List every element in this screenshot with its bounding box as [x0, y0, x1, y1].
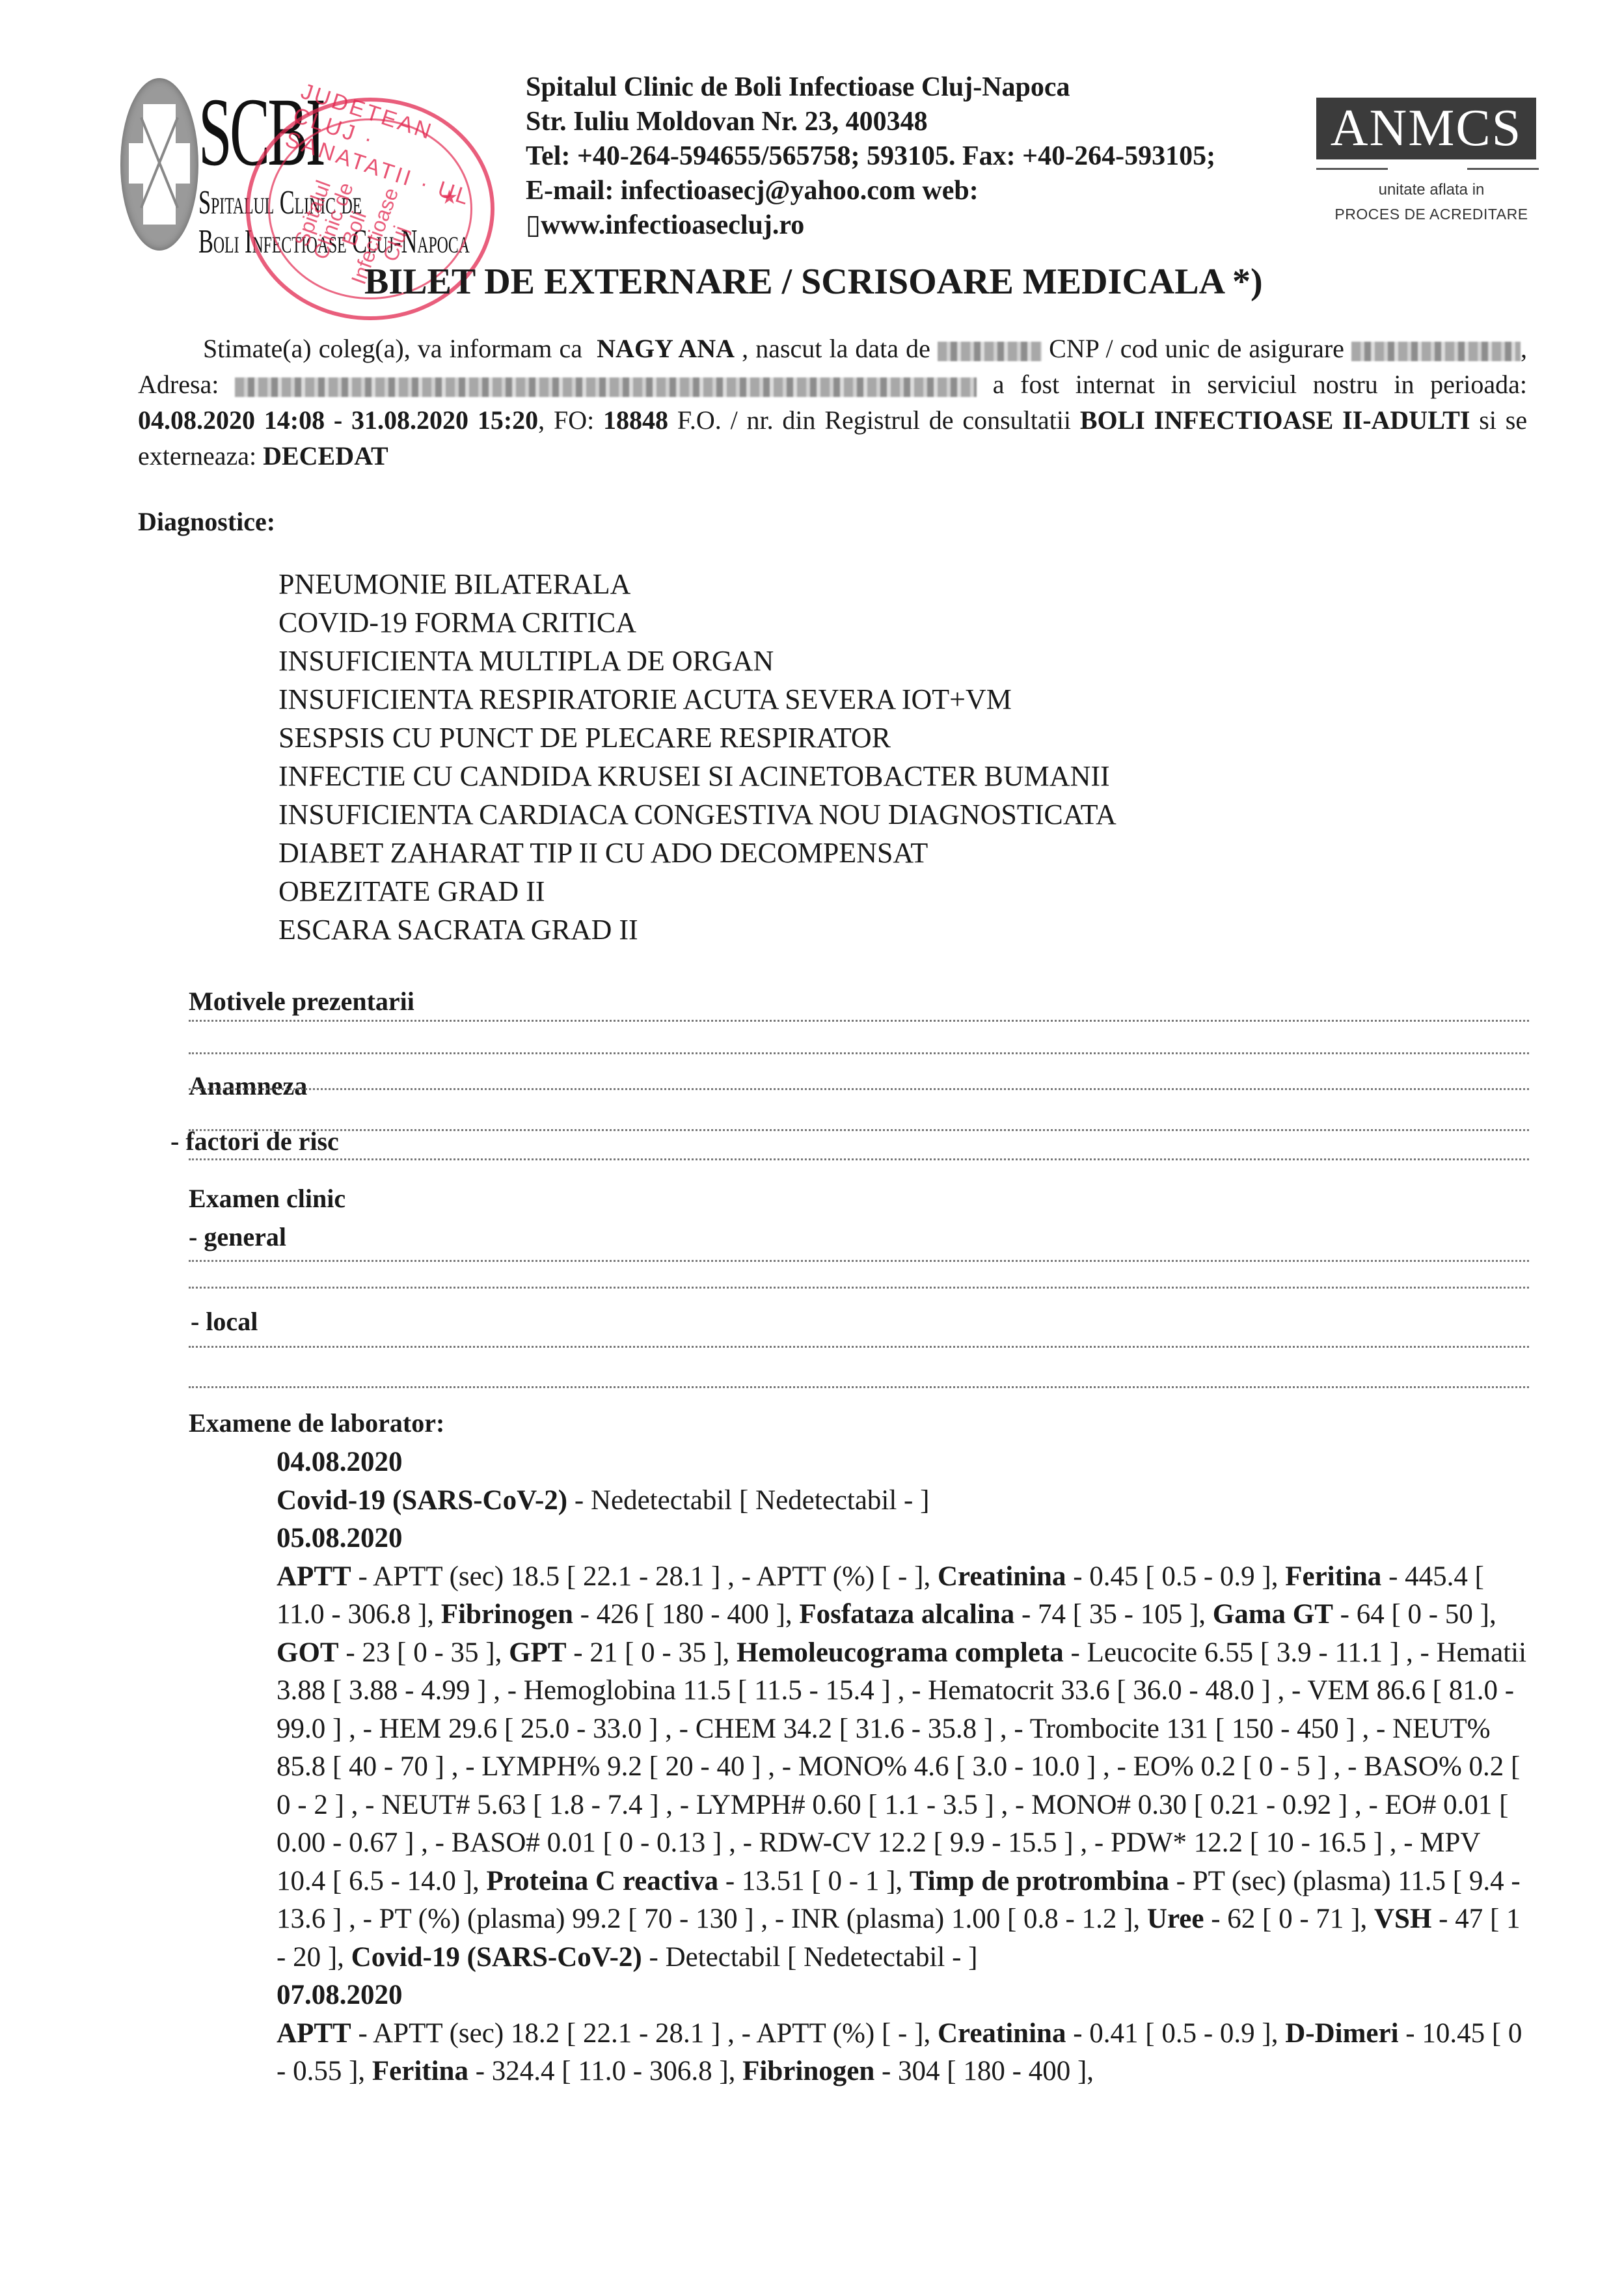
hospital-website: ▯www.infectioasecluj.ro: [526, 208, 1215, 243]
lab-entries: Covid-19 (SARS-CoV-2) - Nedetectabil [ N…: [277, 1482, 1529, 1520]
lab-test-value: - Detectabil [ Nedetectabil - ]: [642, 1942, 978, 1973]
section-clinical-exam: Examen clinic: [189, 1183, 345, 1214]
lab-test-value: - APTT (sec) 18.5 [ 22.1 - 28.1 ] , - AP…: [351, 1561, 938, 1592]
dotted-line: [189, 1287, 1529, 1289]
lab-test-name: D-Dimeri: [1285, 2018, 1398, 2049]
lab-test-name: Fibrinogen: [742, 2056, 874, 2086]
lab-test-name: GOT: [277, 1637, 339, 1668]
lab-test-name: Feritina: [372, 2056, 468, 2086]
lab-date: 04.08.2020: [277, 1443, 1529, 1482]
section-clinical-local: - local: [191, 1306, 258, 1337]
lab-test-name: GPT: [509, 1637, 566, 1668]
dotted-line: [189, 1346, 1529, 1348]
hospital-email: E-mail: infectioasecj@yahoo.com web:: [526, 174, 1215, 208]
dotted-line: [189, 1129, 1529, 1131]
accreditation-logo: ANMCS unitate aflata in PROCES DE ACREDI…: [1301, 78, 1562, 234]
diagnosis-item: OBEZITATE GRAD II: [278, 872, 1116, 910]
dotted-line: [189, 1386, 1529, 1388]
dotted-line: [189, 1020, 1529, 1022]
dotted-line: [189, 1052, 1529, 1054]
lab-test-name: Fosfataza alcalina: [799, 1599, 1014, 1630]
intro-paragraph: Stimate(a) coleg(a), va informam ca NAGY…: [138, 331, 1527, 474]
fo-number: 18848: [603, 405, 668, 435]
lab-date: 07.08.2020: [277, 1976, 1529, 2015]
lab-entries: APTT - APTT (sec) 18.2 [ 22.1 - 28.1 ] ,…: [277, 2015, 1529, 2091]
lab-test-name: APTT: [277, 2018, 351, 2049]
diagnosis-item: DIABET ZAHARAT TIP II CU ADO DECOMPENSAT: [278, 834, 1116, 872]
discharge-status: DECEDAT: [263, 441, 388, 471]
lab-test-value: - 324.4 [ 11.0 - 306.8 ],: [468, 2056, 742, 2086]
lab-test-name: Fibrinogen: [441, 1599, 573, 1630]
lab-test-name: Creatinina: [938, 2018, 1066, 2049]
diagnosis-item: INSUFICIENTA RESPIRATORIE ACUTA SEVERA I…: [278, 680, 1116, 718]
lab-test-value: - Nedetectabil [ Nedetectabil - ]: [567, 1485, 929, 1516]
lab-test-value: - 74 [ 35 - 105 ],: [1014, 1599, 1213, 1630]
lab-test-value: - 0.45 [ 0.5 - 0.9 ],: [1066, 1561, 1285, 1592]
dotted-line: [189, 1158, 1529, 1160]
diagnosis-item: INSUFICIENTA CARDIACA CONGESTIVA NOU DIA…: [278, 795, 1116, 834]
hospital-phone: Tel: +40-264-594655/565758; 593105. Fax:…: [526, 139, 1215, 174]
lab-test-value: - 62 [ 0 - 71 ],: [1204, 1904, 1374, 1934]
lab-test-name: Hemoleucograma completa: [737, 1637, 1064, 1668]
lab-test-name: VSH: [1374, 1904, 1431, 1934]
diagnostics-heading: Diagnostice:: [138, 506, 275, 537]
diagnosis-item: SESPSIS CU PUNCT DE PLECARE RESPIRATOR: [278, 718, 1116, 757]
section-lab-heading: Examene de laborator:: [189, 1408, 444, 1438]
document-title: BILET DE EXTERNARE / SCRISOARE MEDICALA …: [364, 259, 1263, 305]
redacted-address: [235, 377, 977, 397]
lab-test-value: - Leucocite 6.55 [ 3.9 - 11.1 ] , - Hema…: [277, 1637, 1526, 1896]
diagnostics-list: PNEUMONIE BILATERALA COVID-19 FORMA CRIT…: [278, 565, 1116, 949]
lab-test-name: Covid-19 (SARS-CoV-2): [277, 1485, 567, 1516]
lab-test-value: - 0.41 [ 0.5 - 0.9 ],: [1066, 2018, 1285, 2049]
section-anamneza: Anamneza: [189, 1071, 307, 1101]
hospital-address: Str. Iuliu Moldovan Nr. 23, 400348: [526, 105, 1215, 139]
accreditation-status-line1: unitate aflata in: [1301, 181, 1562, 199]
lab-test-name: Proteina C reactiva: [486, 1866, 718, 1896]
lab-test-value: - 21 [ 0 - 35 ],: [567, 1637, 737, 1668]
lab-test-name: Timp de protrombina: [910, 1866, 1169, 1896]
diagnosis-item: INSUFICIENTA MULTIPLA DE ORGAN: [278, 642, 1116, 680]
lab-test-name: Gama GT: [1213, 1599, 1333, 1630]
dotted-line: [189, 1088, 1529, 1090]
anmcs-badge: ANMCS: [1316, 98, 1536, 159]
hospital-logo-emblem: [120, 78, 198, 251]
star-icon: ★: [440, 186, 458, 209]
lab-test-name: Uree: [1147, 1904, 1204, 1934]
redacted-birthdate: [938, 342, 1042, 361]
section-clinical-general: - general: [189, 1222, 286, 1252]
lab-test-name: APTT: [277, 1561, 351, 1592]
diagnosis-item: ESCARA SACRATA GRAD II: [278, 910, 1116, 949]
admission-period: 04.08.2020 14:08 - 31.08.2020 15:20: [138, 405, 538, 435]
lab-date: 05.08.2020: [277, 1520, 1529, 1558]
section-motive: Motivele prezentarii: [189, 986, 414, 1017]
diagnosis-item: COVID-19 FORMA CRITICA: [278, 603, 1116, 642]
diagnosis-item: PNEUMONIE BILATERALA: [278, 565, 1116, 603]
lab-entries: APTT - APTT (sec) 18.5 [ 22.1 - 28.1 ] ,…: [277, 1558, 1529, 1977]
hospital-name: Spitalul Clinic de Boli Infectioase Cluj…: [526, 70, 1215, 105]
lab-test-value: - APTT (sec) 18.2 [ 22.1 - 28.1 ] , - AP…: [351, 2018, 938, 2049]
diagnosis-item: INFECTIE CU CANDIDA KRUSEI SI ACINETOBAC…: [278, 757, 1116, 795]
lab-test-name: Covid-19 (SARS-CoV-2): [351, 1942, 642, 1973]
hospital-contact-block: Spitalul Clinic de Boli Infectioase Cluj…: [526, 70, 1215, 243]
dotted-line: [189, 1260, 1529, 1262]
lab-test-name: Feritina: [1285, 1561, 1381, 1592]
lab-test-name: Creatinina: [938, 1561, 1066, 1592]
accreditation-status-line2: PROCES DE ACREDITARE: [1301, 206, 1562, 223]
lab-test-value: - 64 [ 0 - 50 ],: [1333, 1599, 1496, 1630]
patient-name: NAGY ANA: [597, 334, 735, 363]
redacted-cnp: [1351, 342, 1521, 361]
lab-test-value: - 304 [ 180 - 400 ],: [874, 2056, 1094, 2086]
department: BOLI INFECTIOASE II-ADULTI: [1080, 405, 1470, 435]
lab-test-value: - 13.51 [ 0 - 1 ],: [718, 1866, 910, 1896]
lab-results: 04.08.2020Covid-19 (SARS-CoV-2) - Nedete…: [277, 1443, 1529, 2091]
lab-test-value: - 23 [ 0 - 35 ],: [339, 1637, 509, 1668]
lab-test-value: - 426 [ 180 - 400 ],: [573, 1599, 800, 1630]
